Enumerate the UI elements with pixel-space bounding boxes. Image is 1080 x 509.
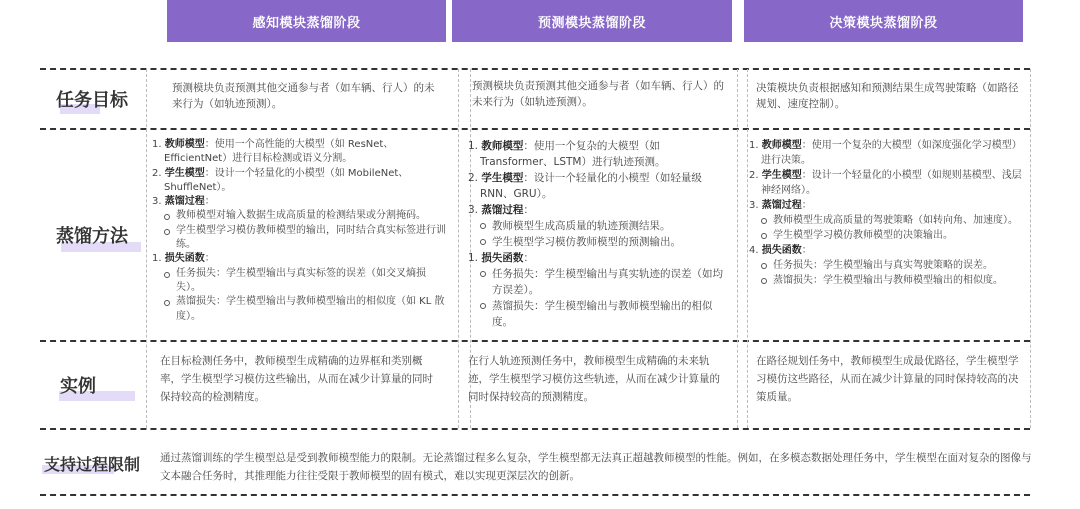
teacher-model-item: 1. 教师模型：使用一个高性能的大模型（如 ResNet、EfficientNe… [152, 138, 450, 167]
process-sub-item: 学生模型学习模仿教师模型的输出，同时结合真实标签进行训练。 [152, 224, 450, 253]
loss-sub-item: 任务损失：学生模型输出与真实驾驶策略的误差。 [749, 258, 1031, 273]
distill-method-prediction: 1. 教师模型：使用一个复杂的大模型（如 Transformer、LSTM）进行… [468, 138, 730, 330]
process-sub-item: 学生模型学习模仿教师模型的预测输出。 [468, 234, 730, 250]
row-label-distill-method: 蒸馏方法 [40, 130, 144, 340]
row-label-task-goal: 任务目标 [40, 70, 144, 128]
loss-function-item: 4. 损失函数： [749, 243, 1031, 258]
row-label-text: 实例 [60, 372, 96, 398]
loss-function-item: 1. 损失函数： [468, 250, 730, 266]
loss-sub-item: 蒸馏损失：学生模型输出与教师模型输出的相似度。 [468, 298, 730, 330]
loss-sub-item: 蒸馏损失：学生模型输出与教师模型输出的相似度（如 KL 散度）。 [152, 295, 450, 324]
process-sub-item: 教师模型生成高质量的驾驶策略（如转向角、加速度）。 [749, 213, 1031, 228]
student-model-item: 2. 学生模型：设计一个轻量化的小模型（如 MobileNet、ShuffleN… [152, 167, 450, 196]
student-model-item: 2. 学生模型：设计一个轻量化的小模型（如规则基模型、浅层神经网络）。 [749, 168, 1031, 198]
example-decision: 在路径规划任务中，教师模型生成最优路径，学生模型学习模仿这些路径，从而在减少计算… [756, 352, 1024, 406]
row-divider [40, 340, 1030, 342]
row-label-text: 蒸馏方法 [56, 222, 128, 248]
loss-sub-item: 任务损失：学生模型输出与真实轨迹的误差（如均方误差）。 [468, 266, 730, 298]
distill-method-decision: 1. 教师模型：使用一个复杂的大模型（如深度强化学习模型）进行决策。 2. 学生… [749, 138, 1031, 288]
row-divider [40, 68, 1030, 70]
column-divider [737, 69, 738, 428]
student-model-item: 2. 学生模型：设计一个轻量化的小模型（如轻量级 RNN、GRU）。 [468, 170, 730, 202]
task-goal-prediction: 预测模块负责预测其他交通参与者（如车辆、行人）的未来行为（如轨迹预测）。 [472, 78, 730, 110]
task-goal-decision: 决策模块负责根据感知和预测结果生成驾驶策略（如路径规划、速度控制）。 [756, 80, 1021, 112]
loss-function-item: 1. 损失函数： [152, 252, 450, 266]
example-prediction: 在行人轨迹预测任务中，教师模型生成精确的未来轨迹，学生模型学习模仿这些轨迹，从而… [468, 352, 728, 406]
column-header-decision: 决策模块蒸馏阶段 [744, 0, 1023, 42]
row-label-text: 任务目标 [56, 86, 128, 112]
column-divider [747, 69, 748, 428]
row-divider [40, 494, 1030, 496]
example-perception: 在目标检测任务中，教师模型生成精确的边界框和类别概率，学生模型学习模仿这些输出，… [160, 352, 442, 406]
distill-process-item: 3. 蒸馏过程： [152, 195, 450, 209]
process-sub-item: 学生模型学习模仿教师模型的决策输出。 [749, 228, 1031, 243]
distill-process-item: 3. 蒸馏过程： [749, 198, 1031, 213]
row-divider [40, 428, 1030, 430]
process-sub-item: 教师模型对输入数据生成高质量的检测结果或分割掩码。 [152, 209, 450, 223]
distill-method-perception: 1. 教师模型：使用一个高性能的大模型（如 ResNet、EfficientNe… [152, 138, 450, 324]
row-label-example: 实例 [40, 342, 144, 428]
teacher-model-item: 1. 教师模型：使用一个复杂的大模型（如深度强化学习模型）进行决策。 [749, 138, 1031, 168]
teacher-model-item: 1. 教师模型：使用一个复杂的大模型（如 Transformer、LSTM）进行… [468, 138, 730, 170]
loss-sub-item: 蒸馏损失：学生模型输出与教师模型输出的相似度。 [749, 273, 1031, 288]
process-sub-item: 教师模型生成高质量的轨迹预测结果。 [468, 218, 730, 234]
distill-process-item: 3. 蒸馏过程： [468, 202, 730, 218]
limitation-text: 通过蒸馏训练的学生模型总是受到教师模型能力的限制。无论蒸馏过程多么复杂，学生模型… [160, 449, 1040, 485]
column-header-prediction: 预测模块蒸馏阶段 [452, 0, 732, 42]
loss-sub-item: 任务损失：学生模型输出与真实标签的误差（如交叉熵损失）。 [152, 267, 450, 296]
task-goal-perception: 预测模块负责预测其他交通参与者（如车辆、行人）的未来行为（如轨迹预测）。 [172, 80, 442, 112]
column-divider [458, 69, 459, 428]
column-header-perception: 感知模块蒸馏阶段 [167, 0, 446, 42]
column-divider [146, 69, 147, 428]
row-divider [40, 128, 1030, 130]
limitation-label: 支持过程限制 [44, 452, 140, 475]
